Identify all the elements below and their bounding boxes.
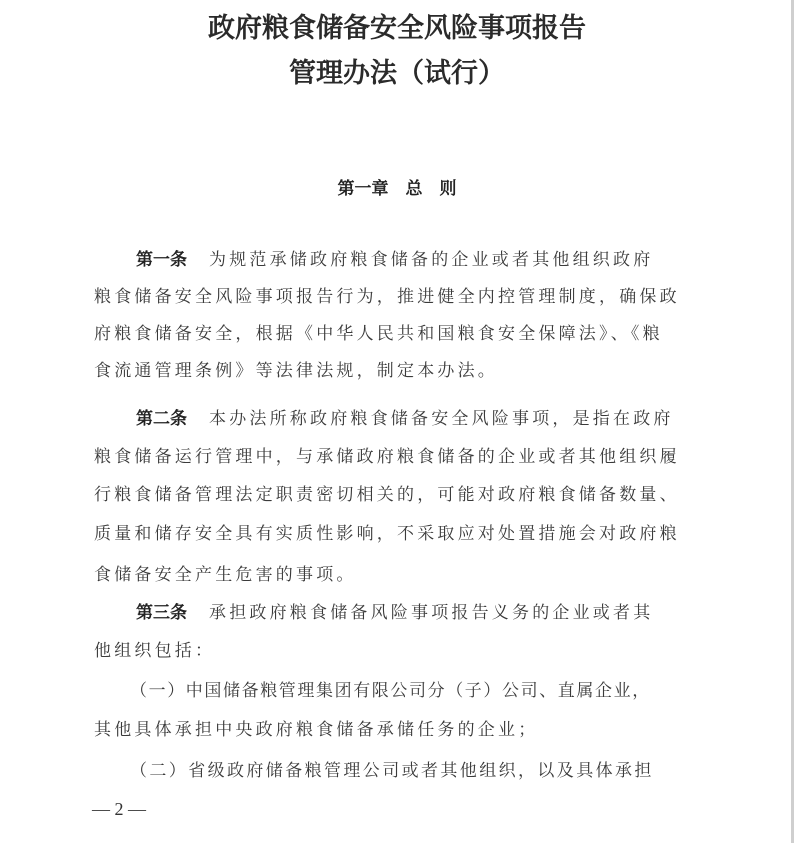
item-1-line-2: 其他具体承担中央政府粮食储备承储任务的企业； bbox=[94, 719, 674, 741]
article-1-line-3: 府粮食储备安全，根据《中华人民共和国粮食安全保障法》、《粮 bbox=[94, 323, 674, 345]
article-1-line-4: 食流通管理条例》等法律法规，制定本办法。 bbox=[94, 360, 674, 382]
article-label: 第一条 bbox=[136, 250, 187, 270]
item-2-line-1: （二）省级政府储备粮管理公司或者其他组织，以及具体承担 bbox=[130, 760, 674, 782]
chapter-heading: 第一章 总 则 bbox=[0, 174, 794, 199]
paragraph-text: 本办法所称政府粮食储备安全风险事项，是指在政府 bbox=[209, 409, 674, 429]
article-2-line-4: 质量和储存安全具有实质性影响，不采取应对处置措施会对政府粮 bbox=[94, 523, 674, 545]
paragraph-text: 承担政府粮食储备风险事项报告义务的企业或者其 bbox=[209, 603, 653, 623]
document-title-line-1: 政府粮食储备安全风险事项报告 bbox=[0, 6, 794, 45]
article-2-line-3: 行粮食储备管理法定职责密切相关的，可能对政府粮食储备数量、 bbox=[94, 484, 674, 506]
article-1-line-2: 粮食储备安全风险事项报告行为，推进健全内控管理制度，确保政 bbox=[94, 286, 674, 308]
article-label: 第二条 bbox=[136, 409, 187, 429]
page-number: — 2 — bbox=[92, 799, 146, 820]
article-3-line-1: 第三条承担政府粮食储备风险事项报告义务的企业或者其 bbox=[136, 602, 674, 624]
article-2-line-2: 粮食储备运行管理中，与承储政府粮食储备的企业或者其他组织履 bbox=[94, 446, 674, 468]
paragraph-text: 为规范承储政府粮食储备的企业或者其他组织政府 bbox=[209, 250, 653, 270]
document-title-line-2: 管理办法（试行） bbox=[0, 51, 794, 90]
article-1-line-1: 第一条为规范承储政府粮食储备的企业或者其他组织政府 bbox=[136, 249, 674, 271]
item-1-line-1: （一）中国储备粮管理集团有限公司分（子）公司、直属企业， bbox=[130, 680, 674, 702]
article-2-line-5: 食储备安全产生危害的事项。 bbox=[94, 564, 674, 586]
document-page: 政府粮食储备安全风险事项报告 管理办法（试行） 第一章 总 则 第一条为规范承储… bbox=[0, 0, 794, 843]
article-3-line-2: 他组织包括： bbox=[94, 640, 674, 662]
article-label: 第三条 bbox=[136, 603, 187, 623]
article-2-line-1: 第二条本办法所称政府粮食储备安全风险事项，是指在政府 bbox=[136, 408, 674, 430]
